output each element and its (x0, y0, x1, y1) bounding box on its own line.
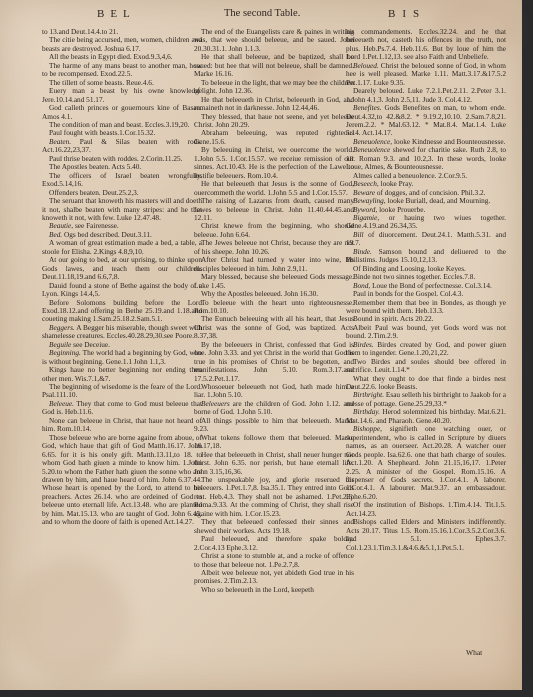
entry-text: Those beleeue who are borne againe from … (42, 433, 202, 527)
index-entry: Before Solomons building before the Lord… (42, 299, 202, 324)
index-entry: Who so beleeueth in the Lord, keepeth (194, 586, 354, 594)
index-entry: Those beleeue who are borne againe from … (42, 434, 202, 527)
index-entry: Albeit wee beleeue not, yet abideth God … (194, 569, 354, 586)
index-entry: After Christ had turned y water into win… (194, 256, 354, 273)
index-entry: Of the institution of Bishops. 1.Tim.4.1… (346, 501, 506, 518)
index-entry: Albeit Paul was bound, yet Gods word was… (346, 324, 506, 341)
index-entry: Bishoppe, signifieth one watching ouer, … (346, 425, 506, 501)
index-entry: The seruant that knoweth his masters wil… (42, 197, 202, 222)
right-guide-word: BIS (388, 8, 426, 20)
entry-text: signifieth one watching ouer, or superin… (346, 424, 506, 501)
entry-text: The seruant that knoweth his masters wil… (42, 196, 202, 222)
column-2: The end of the Euangelists care & paines… (194, 28, 354, 594)
index-entry: The raising of Lazarus from death, cause… (194, 197, 354, 222)
index-entry: Benefites. Gods Benefites on man, to who… (346, 104, 506, 138)
index-entry: Euery man a beast by his owne knowledge … (42, 87, 202, 104)
index-entry: Dearely beloued. Luke 7.2.1.Pet.2.11. 2.… (346, 87, 506, 104)
index-entry: At our going to bed, at our uprising, to… (42, 256, 202, 281)
index-entry: To beleeue with the heart unto righteous… (194, 299, 354, 316)
entry-text: The Eunuch beleeuing with all his heart,… (194, 314, 354, 340)
index-entry: A woman of great estimation made a bed, … (42, 239, 202, 256)
entry-text: The beginning of wisedome is the feare o… (42, 382, 202, 399)
entry-text: Christ a stone to stumble at, and a rock… (194, 551, 354, 568)
entry-text: Bishops called Elders and Ministers indi… (346, 517, 506, 551)
entry-text: Abraham beleeuing, was reputed righteous… (194, 128, 354, 145)
entry-text: Hee that beleeueth in Christ, shall neue… (194, 450, 354, 476)
index-entry: Abraham beleeuing, was reputed righteous… (194, 129, 354, 146)
index-entry: Paul beleeued, and therefore spake boldl… (194, 535, 354, 552)
index-entry: By beleeuing in Christ, we ouercome the … (194, 146, 354, 180)
entry-text: Albeit Paul was bound, yet Gods word was… (346, 323, 506, 340)
index-entry: Binde. Samson bound and deliuered to the… (346, 248, 506, 265)
index-entry: Bigamie, or hauing two wiues together. G… (346, 214, 506, 231)
index-entry: Beneuolence shewed for charitie sake. Ru… (346, 146, 506, 171)
paper-stain (10, 560, 130, 680)
index-entry: The beginning of wisedome is the feare o… (42, 383, 202, 400)
entry-text: The harme of any mans beast to another m… (42, 61, 202, 78)
entry-text: Christ knewe from the beginning, who sho… (194, 221, 354, 238)
index-entry: Birdes. Birdes created by God, and power… (346, 341, 506, 358)
entry-text: Euery man a beast by his owne knowledge … (42, 86, 202, 103)
entry-text: None can beleeue in Christ, that haue no… (42, 416, 202, 433)
entry-text: By the beleeuers in Christ, confessed th… (194, 340, 354, 383)
entry-text: The unspeakable joy, and glorie reserued… (194, 475, 354, 518)
index-entry: Two Birdes and soules should bee offered… (346, 358, 506, 375)
index-entry: Beleeuers are the children of God. John … (194, 400, 354, 417)
index-entry: The citie being accursed, men, women, ch… (42, 36, 202, 53)
entry-text: Whosoeuer beleeueth not God, hath made h… (194, 382, 354, 399)
index-entry: Beggers. A Begger his miserable, though … (42, 324, 202, 341)
left-guide-word: BEL (97, 8, 136, 20)
entry-text: God calleth princes or gouernours kine o… (42, 103, 202, 120)
index-entry: None can beleeue in Christ, that haue no… (42, 417, 202, 434)
entry-text: The Jewes beleeue not Christ, because th… (194, 238, 354, 255)
entry-text: He that beleeueth in Christ, beleeueth i… (194, 95, 354, 112)
index-entry: Beleeue. They that come to God must bele… (42, 400, 202, 417)
entry-text: He that beleeueth that Jesus is the sonn… (194, 179, 354, 196)
index-entry: The Jewes beleeue not Christ, because th… (194, 239, 354, 256)
entry-text: Paul beleeued, and therefore spake boldl… (194, 534, 354, 551)
entry-text: They blessed, that haue not seene, and y… (194, 112, 354, 129)
index-entry: What they ought to doe that finde a bird… (346, 375, 506, 392)
index-entry: The harme of any mans beast to another m… (42, 62, 202, 79)
entry-text: his commandements. Eccles.32.24. and he … (346, 27, 506, 61)
entry-text: The end of the Euangelists care & paines… (194, 27, 354, 53)
entry-text: All things possible to him that beleeuet… (194, 416, 354, 433)
entry-text: At our going to bed, at our uprising, to… (42, 255, 202, 281)
index-entry: They blessed, that haue not seene, and y… (194, 113, 354, 130)
entry-text: To beleeue with the heart unto righteous… (194, 298, 354, 315)
index-entry: Bill of diuorcement. Deut.24.1. Matth.5.… (346, 231, 506, 248)
index-entry: Christ knewe from the beginning, who sho… (194, 222, 354, 239)
index-entry: Christ a stone to stumble at, and a rock… (194, 552, 354, 569)
index-entry: Birthright. Esau selleth his birthright … (346, 391, 506, 408)
index-entry: Mary blessed, because she beleeued Gods … (194, 273, 354, 290)
entry-text: Two Birdes and soules should bee offered… (346, 357, 506, 374)
index-entry: The officers of Israel beaten wrongfully… (42, 172, 202, 189)
index-entry: All things possible to him that beleeuet… (194, 417, 354, 434)
entry-text: He that shall beleeue, and be baptized, … (194, 52, 354, 78)
entry-text: The officers of Israel beaten wrongfully… (42, 171, 202, 188)
index-entry: Bishops called Elders and Ministers indi… (346, 518, 506, 552)
column-1: to 13.and Deut.14.4.to 21.The citie bein… (42, 28, 202, 527)
index-entry: Beaten. Paul & Silas beaten with rods. A… (42, 138, 202, 155)
index-entry: his commandements. Eccles.32.24. and he … (346, 28, 506, 62)
index-entry: Birthday. Herod solemnized his birthday.… (346, 408, 506, 425)
index-entry: Dauid found a stone of Bethe against the… (42, 282, 202, 299)
entry-text: Of the institution of Bishops. 1.Tim.4.1… (346, 500, 506, 517)
catchword: What (466, 648, 482, 657)
index-entry: Whosoeuer beleeueth not God, hath made h… (194, 383, 354, 400)
index-entry: What tokens followe them that beleeued. … (194, 434, 354, 451)
index-entry: Beloued. Christ the beloued sonne of God… (346, 62, 506, 87)
index-entry: Beginning. The world had a beginning by … (42, 349, 202, 366)
index-entry: Kings haue no better beginning nor endin… (42, 366, 202, 383)
entry-text: A woman of great estimation made a bed, … (42, 238, 202, 255)
page-title: The second Table. (224, 8, 300, 19)
entry-text: What tokens followe them that beleeued. … (194, 433, 354, 450)
entry-text: of diuorcement. Deut.24.1. Matth.5.31. a… (346, 230, 506, 247)
scanned-page: BEL The second Table. BIS to 13.and Deut… (0, 0, 522, 690)
index-entry: The unspeakable joy, and glorie reserued… (194, 476, 354, 518)
entry-text: The raising of Lazarus from death, cause… (194, 196, 354, 222)
entry-text: After Christ had turned y water into win… (194, 255, 354, 272)
index-entry: The end of the Euangelists care & paines… (194, 28, 354, 53)
entry-text: Dauid found a stone of Bethe against the… (42, 281, 202, 298)
column-3: his commandements. Eccles.32.24. and he … (346, 28, 506, 552)
entry-text: Kings haue no better beginning nor endin… (42, 365, 202, 382)
index-entry: He that beleeueth in Christ, beleeueth i… (194, 96, 354, 113)
index-entry: By the beleeuers in Christ, confessed th… (194, 341, 354, 383)
entry-text: Dearely beloued. Luke 7.2.1.Pet.2.11. 2.… (346, 86, 506, 103)
entry-text: The citie being accursed, men, women, ch… (42, 35, 202, 52)
entry-text: What they ought to doe that finde a bird… (346, 374, 506, 391)
entry-text: Albeit wee beleeue not, yet abideth God … (194, 568, 354, 585)
index-entry: God calleth princes or gouernours kine o… (42, 104, 202, 121)
index-entry: Hee that beleeueth in Christ, shall neue… (194, 451, 354, 476)
entry-text: Who so beleeueth in the Lord, keepeth (201, 585, 314, 594)
running-header: BEL The second Table. BIS (0, 8, 522, 24)
index-entry: Remember them that bee in Bondes, as tho… (346, 299, 506, 316)
index-entry: He that beleeueth that Jesus is the sonn… (194, 180, 354, 197)
index-entry: They that beleeued confessed their sinne… (194, 518, 354, 535)
entry-text: They that beleeued confessed their sinne… (194, 517, 354, 534)
index-entry: To beleeue in the light, that we may bee… (194, 79, 354, 96)
entry-text: Before Solomons building before the Lord… (42, 298, 202, 324)
entry-text: Remember them that bee in Bondes, as tho… (346, 298, 506, 315)
index-entry: The Eunuch beleeuing with all his heart,… (194, 315, 354, 340)
entry-text: By beleeuing in Christ, we ouercome the … (194, 145, 354, 179)
entry-text: To beleeue in the light, that we may bee… (194, 78, 354, 95)
entry-text: Mary blessed, because she beleeued Gods … (194, 272, 354, 289)
index-entry: He that shall beleeue, and be baptized, … (194, 53, 354, 78)
